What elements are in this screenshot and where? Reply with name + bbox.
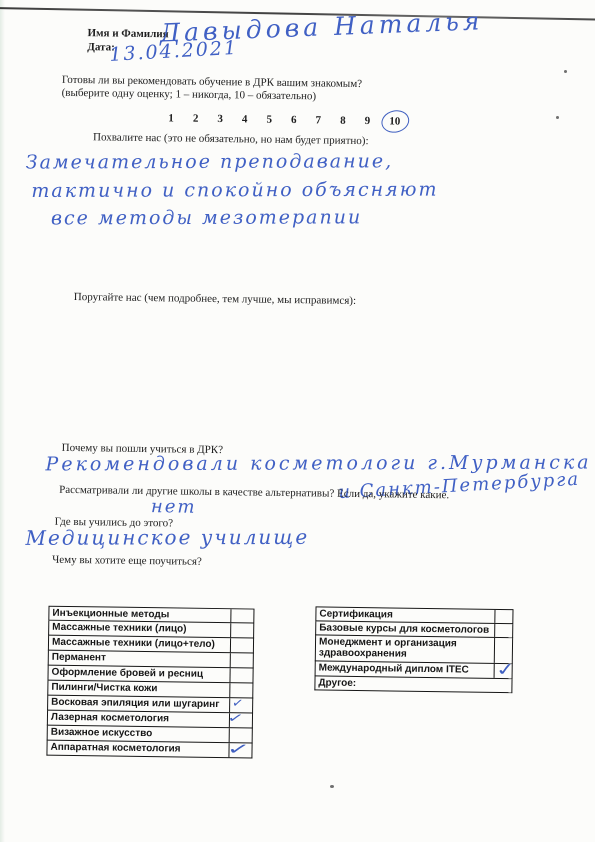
- course-checkbox: ✓: [229, 743, 251, 757]
- course-checkbox: [231, 609, 253, 622]
- course-label: Монеджмент и организация здравоохранения: [316, 635, 495, 662]
- course-label: Массажные техники (лицо+тело): [49, 636, 231, 653]
- studied-before-answer: Медицинское училище: [25, 525, 309, 550]
- course-label: Международный диплом ITEC: [316, 661, 495, 677]
- courses-table-right: Сертификация Базовые курсы для косметоло…: [314, 606, 513, 693]
- course-label: Восковая эпиляция или шугаринг: [48, 696, 230, 713]
- course-checkbox: [231, 623, 253, 637]
- praise-label: Похвалите нас (это не обязательно, но на…: [93, 131, 369, 148]
- check-mark: ✓: [226, 739, 251, 760]
- course-checkbox: [230, 668, 252, 682]
- scanned-feedback-form: Имя и Фамилия Дата: Давыдова Наталья 13.…: [0, 0, 595, 842]
- course-label: Оформление бровей и ресниц: [48, 666, 230, 683]
- scale-2: 2: [193, 113, 199, 125]
- recommend-hint: (выберите одну оценку; 1 – никогда, 10 –…: [62, 87, 317, 104]
- course-label: Сертификация: [316, 607, 495, 622]
- course-label: Инъекционные методы: [49, 607, 231, 623]
- course-checkbox: [495, 610, 512, 623]
- praise-answer-line3: все методы мезотерапии: [51, 206, 362, 229]
- want-learn-label: Чему вы хотите еще поучиться?: [52, 554, 202, 569]
- course-label: Пилинги/Чистка кожи: [48, 681, 230, 698]
- alternatives-answer: нет: [151, 496, 197, 518]
- score-scale: 1 2 3 4 5 6 7 8 9 10: [168, 112, 400, 127]
- course-checkbox: [231, 638, 253, 652]
- praise-answer-line1: Замечательное преподавание,: [26, 150, 393, 173]
- scale-5: 5: [266, 114, 272, 126]
- course-label: Перманент: [49, 651, 231, 668]
- scale-8: 8: [340, 115, 346, 127]
- course-checkbox: [231, 653, 253, 667]
- course-label: Визажное искусство: [48, 726, 230, 743]
- scale-7: 7: [316, 114, 322, 126]
- course-label: Базовые курсы для косметологов: [316, 621, 495, 636]
- check-mark: ✓: [226, 710, 245, 727]
- course-checkbox: [495, 624, 512, 637]
- scale-9: 9: [365, 115, 371, 127]
- praise-answer-line2: тактично и спокойно объясняют: [31, 179, 438, 202]
- table-row: Другое:: [314, 676, 512, 693]
- name-label: Имя и Фамилия: [87, 27, 168, 41]
- course-label: Другое:: [315, 676, 511, 692]
- pen-circle-mark: [379, 108, 411, 136]
- scale-10-selected: 10: [389, 115, 400, 127]
- handwritten-date: 13.04.2021: [109, 37, 239, 66]
- courses-table-left: Инъекционные методы Массажные техники (л…: [46, 606, 254, 759]
- scale-6: 6: [291, 114, 297, 126]
- table-row: Монеджмент и организация здравоохранения: [315, 635, 513, 664]
- check-mark: ✓: [494, 659, 517, 681]
- scale-4: 4: [242, 113, 248, 125]
- course-label: Массажные техники (лицо): [49, 621, 231, 638]
- course-label: Аппаратная косметология: [47, 741, 229, 758]
- scale-1: 1: [168, 112, 174, 124]
- course-checkbox: ✓: [230, 713, 252, 727]
- scale-3: 3: [217, 113, 223, 125]
- criticize-label: Поругайте нас (чем подробнее, тем лучше,…: [74, 291, 356, 308]
- table-row: Аппаратная косметология ✓: [46, 741, 252, 759]
- course-label: Лазерная косметология: [48, 711, 230, 728]
- course-checkbox: ✓: [495, 664, 512, 678]
